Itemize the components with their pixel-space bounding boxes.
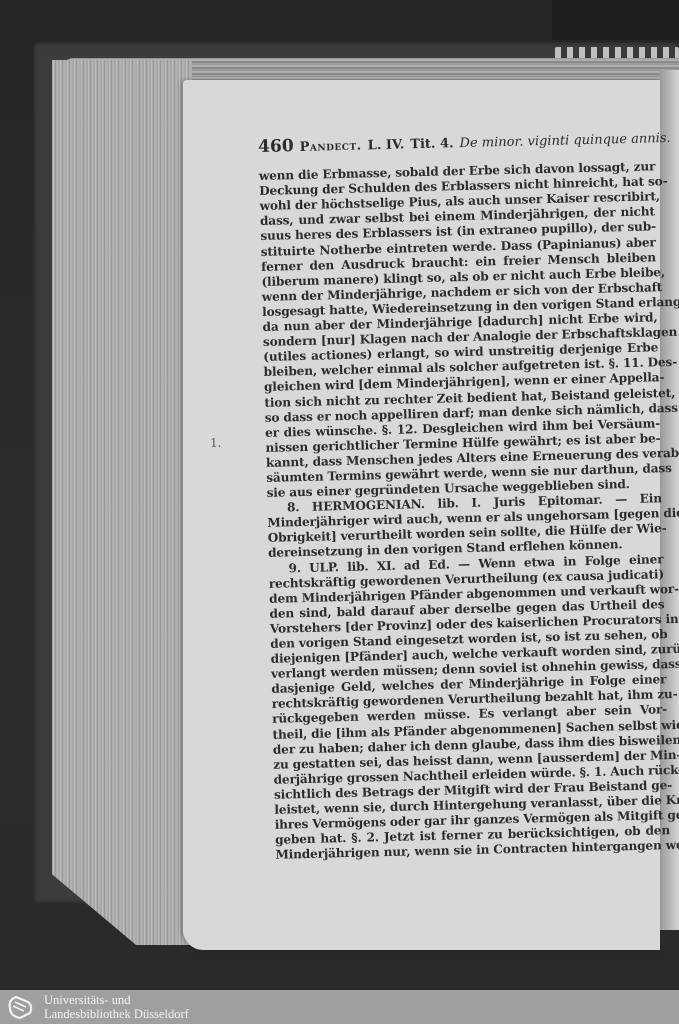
ulb-book-logo-icon [4, 992, 36, 1022]
head-subject: De minor. viginti quinque annis. [459, 131, 670, 151]
page-text-block: 460 Pandect. L. IV. Tit. 4. De minor. vi… [258, 130, 671, 863]
page-number: 460 [258, 139, 294, 155]
head-title-number: Tit. 4. [410, 136, 454, 152]
library-name-line-2: Landesbibliothek Düsseldorf [44, 1007, 189, 1021]
margin-mark: 1. [210, 436, 221, 450]
head-title: Pandect. [300, 138, 362, 155]
library-name-line-1: Universitäts- und [44, 993, 189, 1007]
library-footer: Universitäts- und Landesbibliothek Düsse… [0, 990, 679, 1024]
head-book: L. IV. [368, 137, 405, 153]
scan-corner-shadow [552, 0, 679, 40]
page-block-side-edge [52, 60, 192, 945]
library-name: Universitäts- und Landesbibliothek Düsse… [44, 993, 189, 1021]
body-text: wenn die Erbmasse, sobald der Erbe sich … [259, 159, 671, 863]
